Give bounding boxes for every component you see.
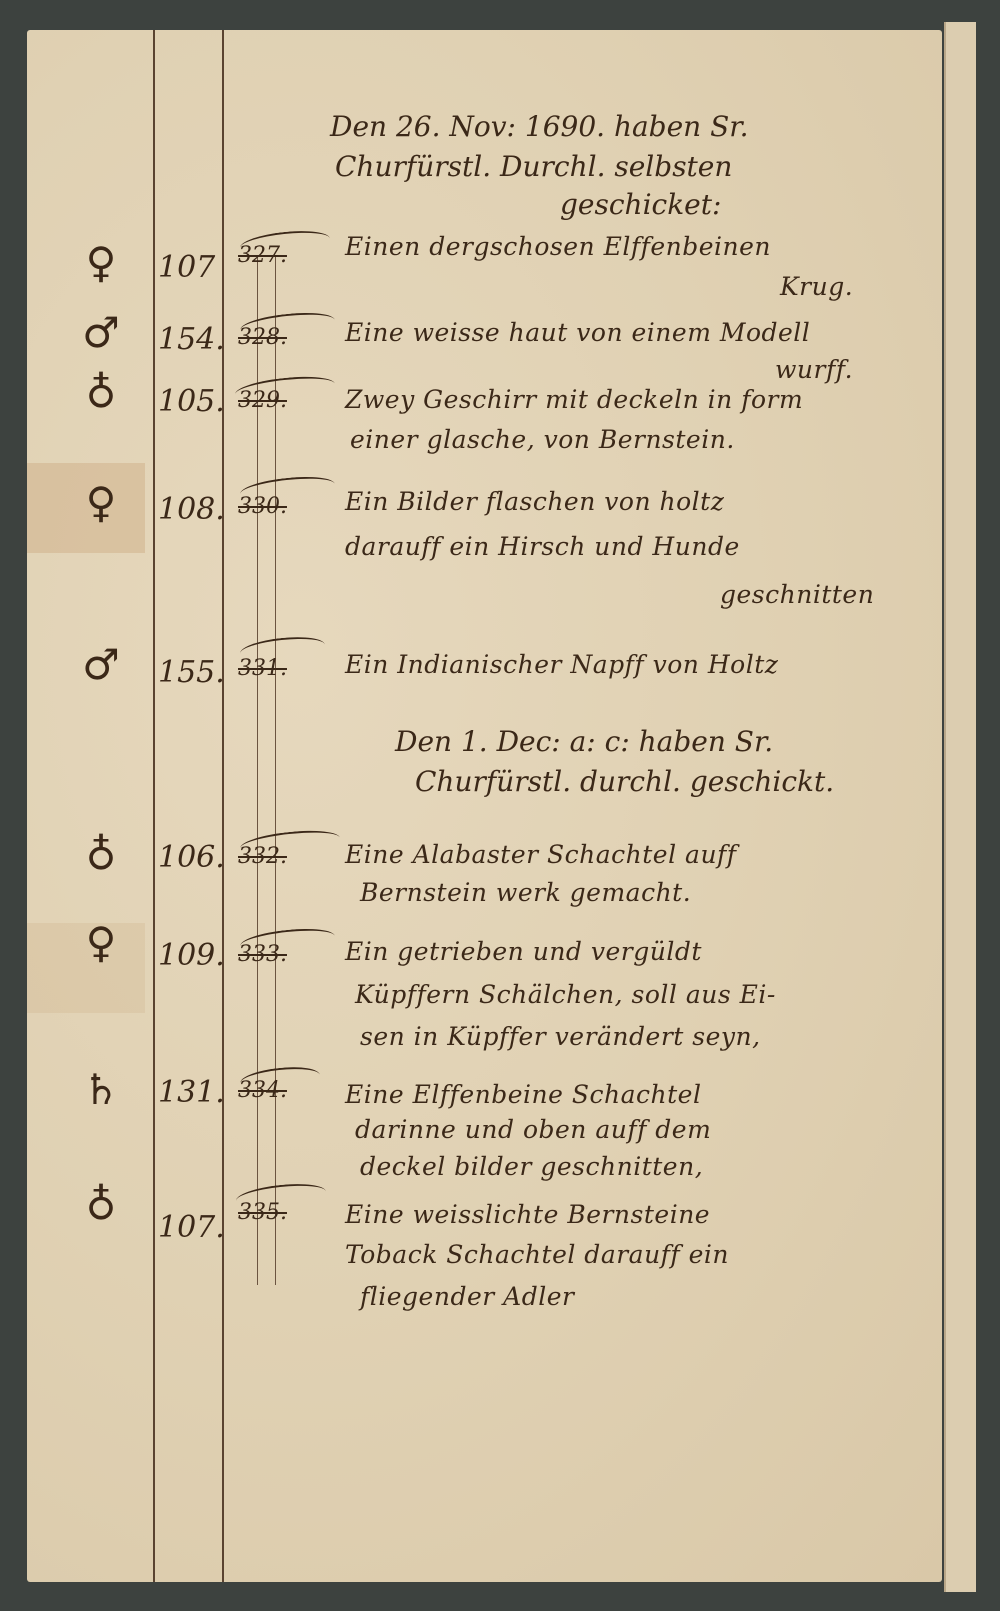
- heading-line: geschicket:: [560, 188, 721, 221]
- heading-line: Den 1. Dec: a: c: haben Sr.: [395, 725, 773, 758]
- entry-text: Eine weisse haut von einem Modell: [345, 318, 810, 347]
- old-number: 334.: [238, 1078, 287, 1103]
- heading-line: Churfürstl. Durchl. selbsten: [335, 150, 732, 183]
- entry-text: Eine Elffenbeine Schachtel: [345, 1080, 701, 1109]
- entry-text: Eine Alabaster Schachtel auff: [345, 840, 737, 869]
- venus-copper-symbol-icon: ♀: [66, 478, 136, 527]
- entry-text: fliegender Adler: [360, 1282, 574, 1311]
- old-number: 335.: [238, 1200, 287, 1225]
- entry-text: Ein Indianischer Napff von Holtz: [345, 650, 778, 679]
- entry-text: Küpffern Schälchen, soll aus Ei-: [355, 980, 776, 1009]
- antimony-symbol-icon: ♁: [66, 368, 136, 417]
- entry-text: Krug.: [780, 272, 853, 301]
- entry-number: 107.: [158, 1210, 225, 1245]
- mars-iron-symbol-icon: ♂: [66, 640, 136, 689]
- entry-number: 106.: [158, 840, 225, 875]
- entry-text: Eine weisslichte Bernsteine: [345, 1200, 710, 1229]
- entry-number: 107: [158, 250, 215, 285]
- entry-number: 154.: [158, 322, 225, 357]
- old-number: 328.: [238, 325, 287, 350]
- next-page-edge: [944, 22, 976, 1592]
- old-number: 330.: [238, 494, 287, 519]
- entry-text: Zwey Geschirr mit deckeln in form: [345, 385, 803, 414]
- entry-text: Ein getrieben und vergüldt: [345, 937, 702, 966]
- old-number: 333.: [238, 942, 287, 967]
- entry-number: 109.: [158, 938, 225, 973]
- entry-text: deckel bilder geschnitten,: [360, 1152, 703, 1181]
- entry-text: Toback Schachtel darauff ein: [345, 1240, 729, 1269]
- entry-text: darinne und oben auff dem: [355, 1115, 711, 1144]
- entry-text: geschnitten: [720, 580, 874, 609]
- old-number: 331.: [238, 656, 287, 681]
- old-number: 329.: [238, 388, 287, 413]
- column-rule: [222, 30, 224, 1582]
- saturn-lead-symbol-icon: ♄: [66, 1065, 136, 1114]
- antimony-symbol-icon: ♁: [66, 830, 136, 879]
- heading-line: Den 26. Nov: 1690. haben Sr.: [330, 110, 749, 143]
- venus-copper-symbol-icon: ♀: [66, 918, 136, 967]
- antimony-symbol-icon: ♁: [66, 1180, 136, 1229]
- entry-number: 131.: [158, 1075, 225, 1110]
- entry-number: 105.: [158, 384, 225, 419]
- entry-text: einer glasche, von Bernstein.: [350, 425, 735, 454]
- entry-text: wurff.: [775, 355, 853, 384]
- entry-number: 108.: [158, 492, 225, 527]
- entry-text: sen in Küpffer verändert seyn,: [360, 1022, 761, 1051]
- column-rule: [153, 30, 155, 1582]
- old-number: 327.: [238, 243, 287, 268]
- entry-number: 155.: [158, 655, 225, 690]
- entry-text: Einen dergschosen Elffenbeinen: [345, 232, 771, 261]
- entry-text: Ein Bilder flaschen von holtz: [345, 487, 724, 516]
- old-number: 332.: [238, 844, 287, 869]
- venus-copper-symbol-icon: ♀: [66, 238, 136, 287]
- mars-iron-symbol-icon: ♂: [66, 308, 136, 357]
- entry-text: darauff ein Hirsch und Hunde: [345, 532, 740, 561]
- entry-text: Bernstein werk gemacht.: [360, 878, 691, 907]
- heading-line: Churfürstl. durchl. geschickt.: [415, 765, 834, 798]
